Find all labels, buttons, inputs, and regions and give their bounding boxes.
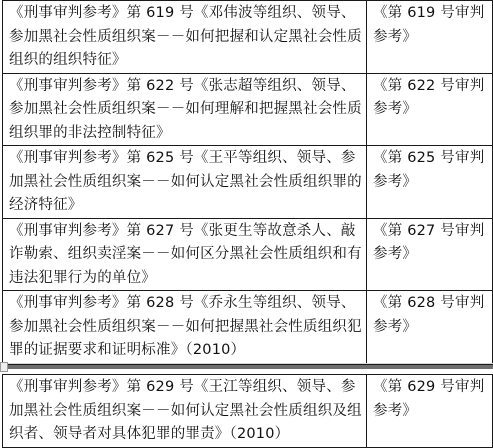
table-row: 《刑事审判参考》第 619 号《邓伟波等组织、领导、参加黑社会性质组织案－－如何…: [3, 1, 493, 74]
table-row: 《刑事审判参考》第 629 号《王江等组织、领导、参加黑社会性质组织案－－如何认…: [3, 375, 493, 448]
case-title-cell: 《刑事审判参考》第 622 号《张志超等组织、领导、参加黑社会性质组织案－－如何…: [3, 73, 367, 146]
table-separator-highlight: [0, 363, 493, 364]
case-ref-cell: 《第 628 号审判参考》: [367, 291, 493, 365]
case-title-cell: 《刑事审判参考》第 627 号《张更生等故意杀人、敲诈勒索、组织卖淫案－－如何区…: [3, 218, 367, 291]
case-reference-table: 《刑事审判参考》第 619 号《邓伟波等组织、领导、参加黑社会性质组织案－－如何…: [2, 0, 493, 365]
case-ref-cell: 《第 627 号审判参考》: [367, 218, 493, 291]
case-ref-cell: 《第 619 号审判参考》: [367, 1, 493, 74]
table-row: 《刑事审判参考》第 627 号《张更生等故意杀人、敲诈勒索、组织卖淫案－－如何区…: [3, 218, 493, 291]
case-title-cell: 《刑事审判参考》第 629 号《王江等组织、领导、参加黑社会性质组织案－－如何认…: [3, 375, 367, 448]
case-ref-cell: 《第 629 号审判参考》: [367, 375, 493, 448]
case-title-cell: 《刑事审判参考》第 625 号《王平等组织、领导、参加黑社会性质组织案－－如何认…: [3, 146, 367, 219]
case-ref-cell: 《第 625 号审判参考》: [367, 146, 493, 219]
case-ref-cell: 《第 622 号审判参考》: [367, 73, 493, 146]
case-title-cell: 《刑事审判参考》第 628 号《乔永生等组织、领导、参加黑社会性质组织案－－如何…: [3, 291, 367, 365]
table-row: 《刑事审判参考》第 625 号《王平等组织、领导、参加黑社会性质组织案－－如何认…: [3, 146, 493, 219]
table-row: 《刑事审判参考》第 628 号《乔永生等组织、领导、参加黑社会性质组织案－－如何…: [3, 291, 493, 365]
case-title-cell: 《刑事审判参考》第 619 号《邓伟波等组织、领导、参加黑社会性质组织案－－如何…: [3, 1, 367, 74]
table-separator-bar: [0, 365, 493, 369]
table-resize-handle[interactable]: [0, 362, 8, 372]
case-reference-table-continued: 《刑事审判参考》第 629 号《王江等组织、领导、参加黑社会性质组织案－－如何认…: [2, 374, 493, 448]
table-row: 《刑事审判参考》第 622 号《张志超等组织、领导、参加黑社会性质组织案－－如何…: [3, 73, 493, 146]
